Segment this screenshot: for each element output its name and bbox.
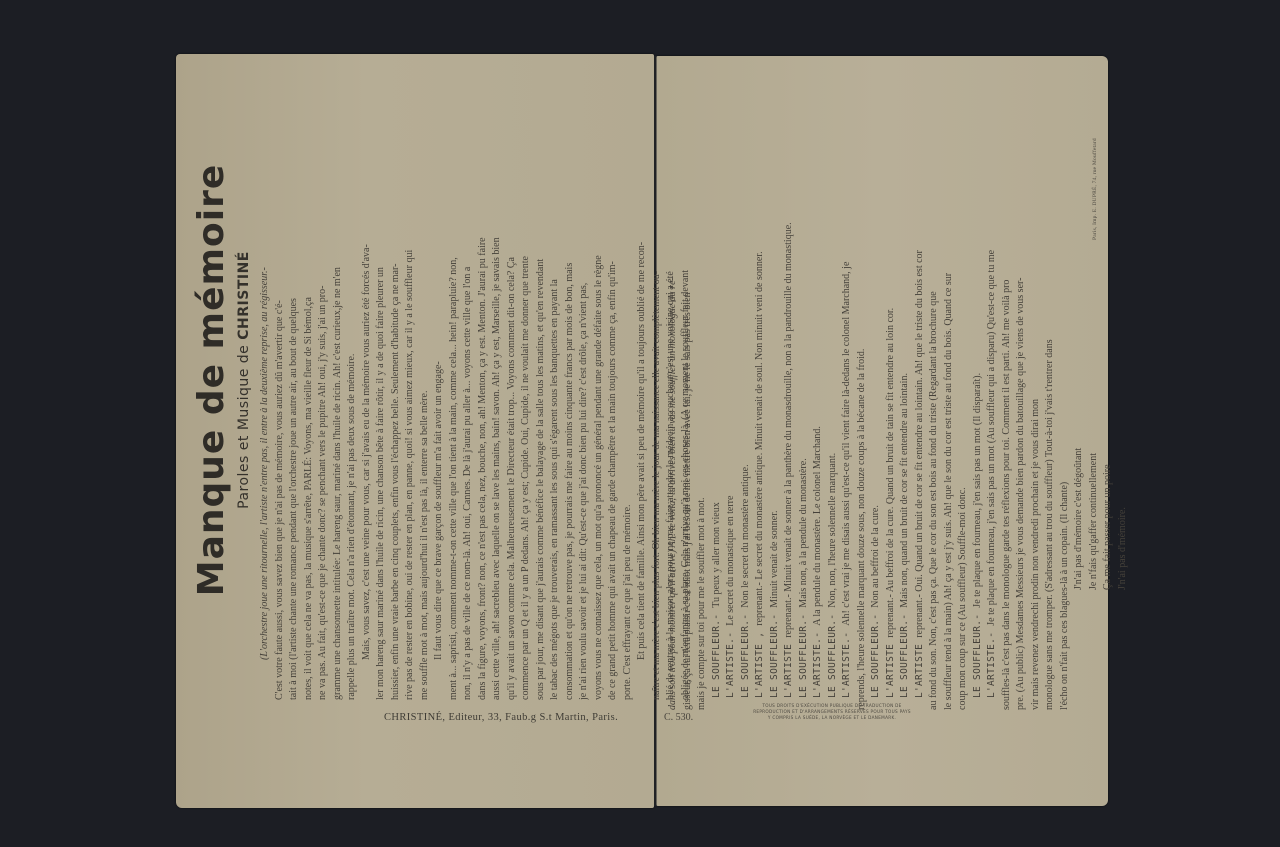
dialogue-text: Je te plaque en fourneau, j'en sais pas … — [986, 250, 997, 626]
text-line: rappelle plus un traître mot. Cela n'a r… — [345, 60, 360, 700]
text-line: notes, il voit que cela ne va pas, la mu… — [302, 60, 317, 700]
dialogue-line: vir mais revenez vendrechi prodin non ve… — [1029, 70, 1044, 710]
dialogue-text: souffles-là c'est pas dans le monologue … — [1001, 280, 1012, 710]
text-line: gisseur, ça lui fera plaisir c'est idiot… — [681, 70, 696, 710]
text-line: ler mon hareng saur mariné dans l'huile … — [374, 60, 389, 700]
dialogue-text: reprenant.- Le secret du monastère antiq… — [754, 251, 765, 625]
publisher-footer: CHRISTINÉ, Editeur, 33, Faub.g S.t Marti… — [384, 712, 618, 723]
dialogue-line: L'ARTISTE reprenant.- Minuit venait de s… — [782, 70, 797, 710]
dialogue-line: LE SOUFFLEUR.- Non, non, l'heure solenne… — [826, 70, 841, 710]
speaker-name: L'ARTISTE.- — [812, 626, 823, 698]
dialogue-text: pre. (Au public) Mesdames Messieurs je v… — [1015, 278, 1026, 710]
text-line: le tabac des mégots que je trouverais, e… — [548, 60, 563, 700]
left-page-text: Manque de mémoire Paroles et Musique de … — [190, 60, 640, 700]
credits-prefix: Paroles et Musique de — [236, 345, 252, 509]
dialogue-text: monologue sans me tromper. (S'adressant … — [1044, 339, 1055, 710]
speaker-name: LE SOUFFLEUR.- — [972, 608, 983, 698]
verse-line: Ça me fait passer pour un poire — [1101, 70, 1116, 710]
speaker-name: LE SOUFFLEUR.- — [711, 608, 722, 698]
dialogue-line: L'ARTISTE.- Le secret du monastique en t… — [724, 70, 739, 710]
dialogue-text: reprenant.- Oui. Quand un bruit de cor s… — [914, 250, 925, 638]
speaker-name: LE SOUFFLEUR.- — [899, 608, 910, 698]
text-line: non, il n'y a pas de ville de ce nom-là.… — [461, 60, 476, 700]
dialogue-line: monologue sans me tromper. (S'adressant … — [1043, 70, 1058, 710]
text-line: (L'orchestre joue une ritournelle, l'art… — [258, 60, 273, 700]
dialogue-text: Non, non, l'heure solennelle marquant. — [827, 453, 838, 608]
text-line: rive pas de rester en bobine, oui de res… — [403, 60, 418, 700]
dialogue-line: LE SOUFFLEUR.- Non le secret du monastèr… — [739, 70, 754, 710]
text-line: aussi cette ville, ah! sacrebleu avec la… — [490, 60, 505, 700]
dialogue-text: reprends, l'heure solennelle marquant do… — [856, 349, 867, 710]
verse-line: J'n'ai pas d'mémoire c'est dégoûtant — [1072, 70, 1087, 710]
dialogue-text: Ah! c'est vrai je me disais aussi qu'est… — [841, 262, 852, 626]
dialogue-line: L'ARTISTE.- Ah! c'est vrai je me disais … — [840, 70, 855, 710]
text-line: me souffle mot à mot, mais aujourd'hui i… — [418, 60, 433, 700]
speaker-name: L'ARTISTE.- — [841, 626, 852, 698]
dialogue-line: souffles-là c'est pas dans le monologue … — [1000, 70, 1015, 710]
monologue-continued: dans son trou pour montrer qu'il arrive)… — [666, 70, 710, 710]
speaker-name: LE SOUFFLEUR.- — [798, 608, 809, 698]
song-title: Manque de mémoire — [190, 60, 234, 700]
dialogue-line: LE SOUFFLEUR.- Non au beffroi de la cure… — [869, 70, 884, 710]
song-credits: Paroles et Musique de CHRISTINÉ — [236, 60, 252, 700]
speaker-name: LE SOUFFLEUR.- — [870, 608, 881, 698]
speaker-name: LE SOUFFLEUR.- — [769, 608, 780, 698]
text-line: commence par un Q et il y a un P dedans.… — [519, 60, 534, 700]
dialogue-line: LE SOUFFLEUR.- Tu peux y aller mon vieux — [710, 70, 725, 710]
dialogue-line: l'écho on n'fait pas ces blagues-là à un… — [1058, 70, 1073, 710]
text-line: tait à moi (l'artiste chante une romance… — [287, 60, 302, 700]
dialogue-text: reprenant.- Minuit venait de sonner à la… — [783, 222, 794, 637]
right-page-text: dans son trou pour montrer qu'il arrive)… — [666, 70, 1106, 710]
text-line: gramme une chansonnette intitulée: Le ha… — [331, 60, 346, 700]
dialogue-line: L'ARTISTE.- A la pendule du monastère. L… — [811, 70, 826, 710]
speaker-name: L'ARTISTE , — [754, 626, 765, 698]
printer-imprint: Paris, Imp. E. DUPRÉ, 74, rue Mouffetard — [1092, 138, 1098, 240]
dialogue-text: reprenant.- Au beffroi de la cure. Quand… — [885, 308, 896, 638]
speaker-name: LE SOUFFLEUR.- — [740, 608, 751, 698]
dialogue-line: reprends, l'heure solennelle marquant do… — [855, 70, 870, 710]
text-line: de ce grand petit homme qui avait un cha… — [606, 60, 621, 700]
text-line: Il faut vous dire que ce brave garçon de… — [432, 60, 447, 700]
dialogue-text: Le secret du monastique en terre — [725, 496, 736, 626]
text-line: naître et ma mère c'est bien plus fort. … — [650, 60, 665, 700]
dialogue-line: pre. (Au public) Mesdames Messieurs je v… — [1014, 70, 1029, 710]
dialogue-text: le souffleur tend à la main) Ah! ça y es… — [943, 273, 954, 710]
speaker-name: L'ARTISTE.- — [725, 626, 736, 698]
verse-line: J'n'ai pas d'mémoire. — [1116, 70, 1131, 710]
catalog-code: C. 530. — [664, 712, 693, 723]
dialogue-text: A la pendule du monastère. Le colonel Ma… — [812, 426, 823, 626]
text-line: ment à... sapristi, comment nomme-t-on c… — [447, 60, 462, 700]
text-line: Mais, vous savez, c'est une veine pour v… — [360, 60, 375, 700]
text-line: huissier, enfin une vraie barbe en cinq … — [389, 60, 404, 700]
dialogue-line: L'ARTISTE.- Je te plaque en fourneau, j'… — [985, 70, 1000, 710]
dialogue-line: LE SOUFFLEUR.- Je te plaque en fourneau,… — [971, 70, 986, 710]
dialogue-text: Non au beffroi de la cure. — [870, 505, 881, 608]
text-line: qu'il y avait un savon comme cela. Malhe… — [505, 60, 520, 700]
dialogue-line: coup mon coup sur ce (Au souffleur) Souf… — [956, 70, 971, 710]
dialogue-line: L'ARTISTE reprenant.- Au beffroi de la c… — [884, 70, 899, 710]
dialogue-text: coup mon coup sur ce (Au souffleur) Souf… — [957, 487, 968, 710]
speaker-name: L'ARTISTE.- — [986, 626, 997, 698]
dialogue-text: Tu peux y aller mon vieux — [711, 502, 722, 607]
closing-verse: J'n'ai pas d'mémoire c'est dégoûtantJe n… — [1072, 70, 1130, 710]
credits-author: CHRISTINÉ — [236, 251, 252, 340]
rights-notice: TOUS DROITS D'EXÉCUTION PUBLIQUE DE TRAD… — [752, 703, 912, 721]
dialogue-line: LE SOUFFLEUR.- Mais non, quand un bruit … — [898, 70, 913, 710]
dialogue-text: Minuit venait de sonner. — [769, 510, 780, 607]
speaker-name: LE SOUFFLEUR.- — [827, 608, 838, 698]
dialogue-block: LE SOUFFLEUR.- Tu peux y aller mon vieux… — [710, 70, 1073, 710]
dialogue-line: L'ARTISTE , reprenant.- Le secret du mon… — [753, 70, 768, 710]
speaker-name: L'ARTISTE — [783, 638, 794, 698]
text-line: ne va pas. Au fait, qu'est-ce que je cha… — [316, 60, 331, 700]
dialogue-text: Je te plaque en fourneau, j'en sais pas … — [972, 373, 983, 608]
text-line: je n'ai rien voulu savoir et je lui ai d… — [577, 60, 592, 700]
text-line: voyons vous ne connaissez que cela, un m… — [592, 60, 607, 700]
monologue-text: (L'orchestre joue une ritournelle, l'art… — [258, 60, 693, 700]
text-line: dans la figure, voyons, front? non, ce n… — [476, 60, 491, 700]
dialogue-text: l'écho on n'fait pas ces blagues-là à un… — [1059, 482, 1070, 710]
text-line: mais je compte sur toi pour me le souffl… — [695, 70, 710, 710]
text-line: Et puis cela tient de famille. Ainsi mon… — [635, 60, 650, 700]
dialogue-line: LE SOUFFLEUR.- Mais non, à la pendule du… — [797, 70, 812, 710]
dialogue-text: Non le secret du monastère antique. — [740, 464, 751, 607]
text-line: sous par jour, me disant que j'aurais co… — [534, 60, 549, 700]
speaker-name: L'ARTISTE — [914, 638, 925, 698]
dialogue-line: LE SOUFFLEUR.- Minuit venait de sonner. — [768, 70, 783, 710]
text-line: C'est votre faute aussi, vous savez bien… — [273, 60, 288, 700]
dialogue-line: au fond du son. Non, c'est pas ça. Que l… — [927, 70, 942, 710]
text-line: dans son trou pour montrer qu'il arrive)… — [666, 70, 681, 710]
text-line: porte. C'est effrayant ce que j'ai peu d… — [621, 60, 636, 700]
dialogue-text: Mais non, à la pendule du monastère. — [798, 458, 809, 607]
text-line: consommation et qu'on ne retrouve pas, j… — [563, 60, 578, 700]
dialogue-line: le souffleur tend à la main) Ah! ça y es… — [942, 70, 957, 710]
dialogue-text: Mais non, quand un bruit de cor se fit e… — [899, 373, 910, 608]
dialogue-line: L'ARTISTE reprenant.- Oui. Quand un brui… — [913, 70, 928, 710]
dialogue-text: vir mais revenez vendrechi prodin non ve… — [1030, 399, 1041, 710]
speaker-name: L'ARTISTE — [885, 638, 896, 698]
dialogue-text: au fond du son. Non, c'est pas ça. Que l… — [928, 291, 939, 710]
